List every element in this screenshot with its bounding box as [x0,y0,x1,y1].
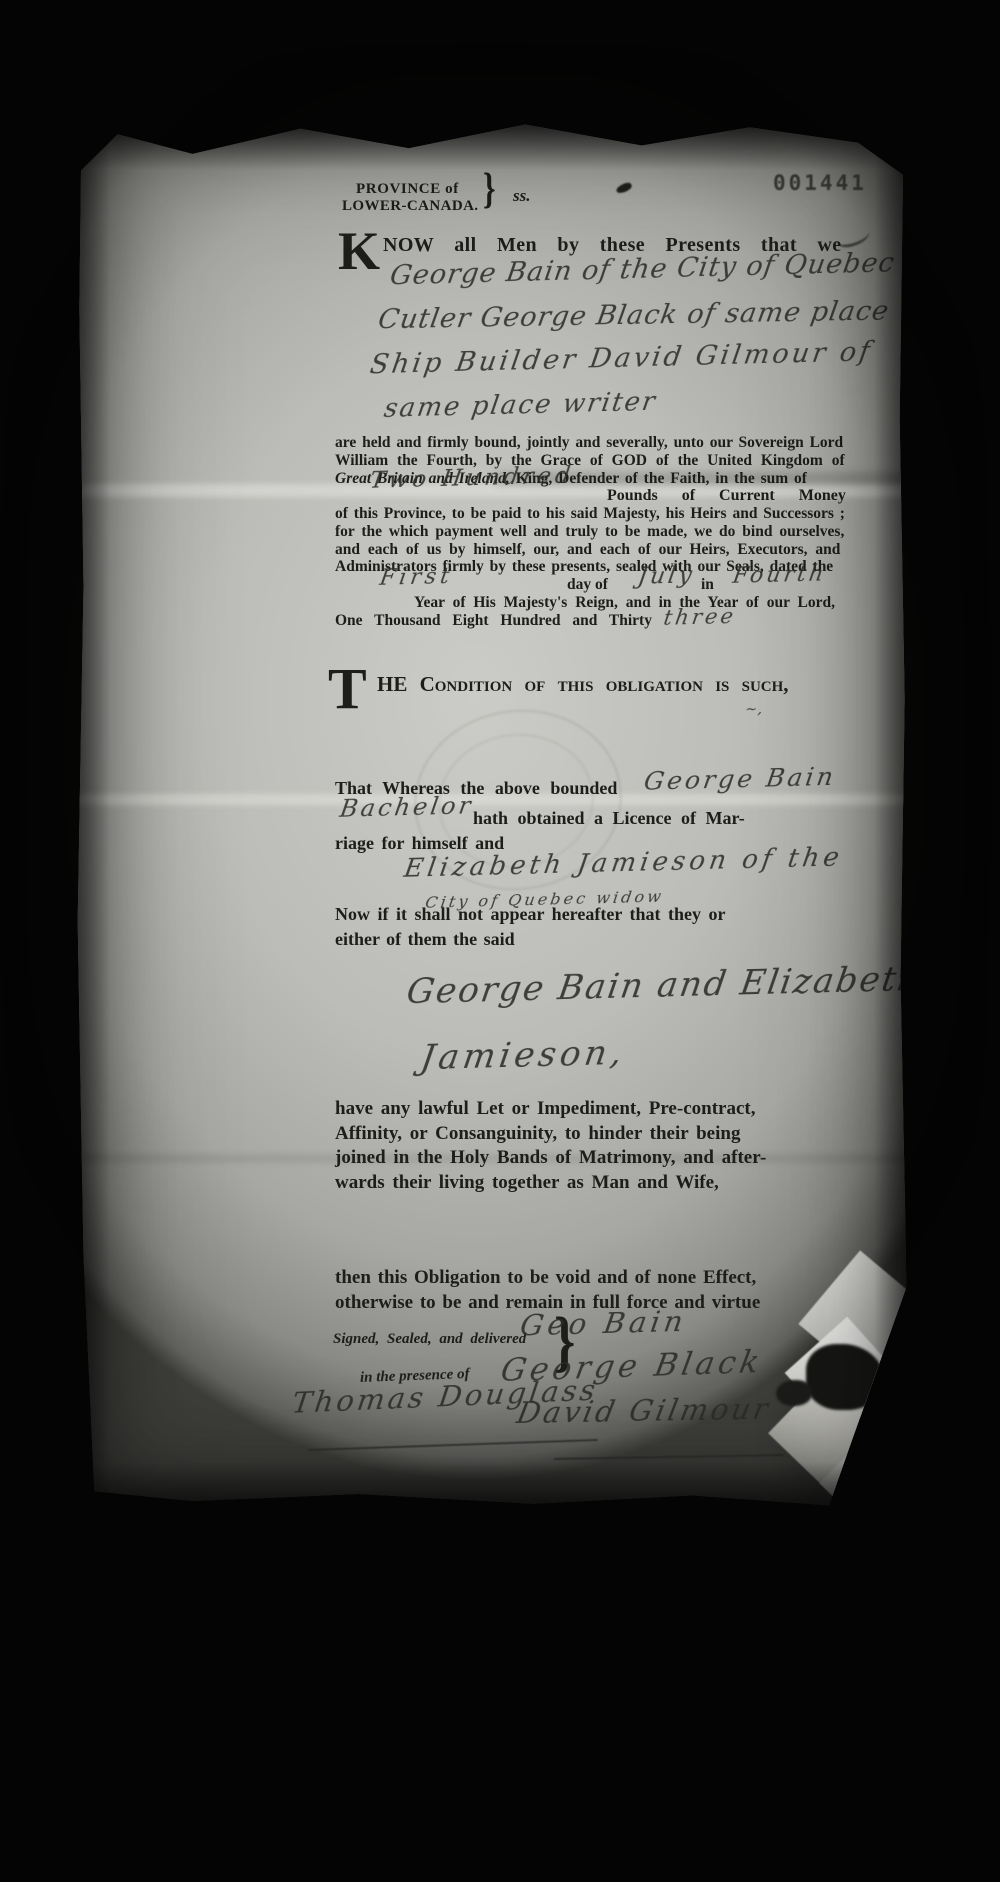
serial-number: 001441 [773,171,867,195]
condition-dropcap: T [328,660,367,718]
bond-line-7: and each of us by himself, our, and each… [335,541,840,559]
regnal-year-handwritten: Fourth [731,562,828,589]
bond-line-10: Year of His Majesty's Reign, and in the … [414,594,835,612]
bond-line-5: of this Province, to be paid to his said… [335,505,845,523]
microfilm-photo: PROVINCE of LOWER-CANADA. } ss. 001441 K… [0,0,1000,1882]
bond-line-4-pounds: Pounds of Current Money [607,487,846,505]
seal-wax-blob-small [776,1380,812,1406]
marriage-bond-document: PROVINCE of LOWER-CANADA. } ss. 001441 K… [76,112,908,1508]
whereas-line-3: riage for himself and [335,833,504,854]
impediment-line-4: wards their living together as Man and W… [335,1172,719,1194]
bond-line-6: for the which payment well and truly to … [335,523,844,541]
parties-names-handwritten-2: Jamieson, [418,1033,629,1078]
witness-signature-underline [308,1439,598,1451]
jurat-ss: ss. [513,186,530,206]
groom-status-handwritten: Bachelor [338,792,475,823]
month-handwritten: July [636,563,697,590]
day-of-label: day of [567,576,608,594]
header-brace: } [483,164,496,214]
signature-underline [554,1454,784,1460]
in-label: in [701,576,714,594]
signature-david-gilmour: David Gilmour [514,1392,774,1430]
signed-sealed-label: Signed, Sealed, and delivered [333,1331,526,1348]
parties-names-handwritten-1: George Bain and Elizabeth [404,959,925,1012]
handwritten-bondsman-line-3: Ship Builder David Gilmour of [368,336,875,380]
province-line-1: PROVINCE of [356,181,459,198]
province-line-2: LOWER-CANADA. [342,198,478,215]
whereas-line-4: Now if it shall not appear hereafter tha… [335,904,725,925]
impediment-line-3: joined in the Holy Bands of Matrimony, a… [335,1147,766,1169]
day-handwritten: First [378,564,455,591]
year-handwritten: three [662,604,738,630]
groom-name-handwritten: George Bain [642,762,838,796]
handwritten-bondsman-line-2: Cutler George Black of same place [376,295,892,335]
signature-geo-bain: Geo Bain [518,1304,689,1342]
impediment-line-1: have any lawful Let or Impediment, Pre-c… [335,1098,755,1120]
sum-handwritten: Two Hundred [368,463,576,494]
bond-line-1: are held and firmly bound, jointly and s… [335,434,843,452]
whereas-line-5: either of them the said [335,929,515,950]
ink-blot [615,181,633,194]
impediment-line-2: Affinity, or Consanguinity, to hinder th… [335,1123,740,1145]
whereas-line-2: hath obtained a Licence of Mar- [473,808,745,829]
closing-line-1: then this Obligation to be void and of n… [335,1267,756,1289]
condition-heading: HE Condition of this obligation is such, [377,672,789,697]
bond-line-11: One Thousand Eight Hundred and Thirty [335,612,652,630]
opening-dropcap: K [338,224,380,278]
handwritten-bondsman-line-4: same place writer [382,387,659,424]
ink-squiggle: ~, [744,702,765,718]
